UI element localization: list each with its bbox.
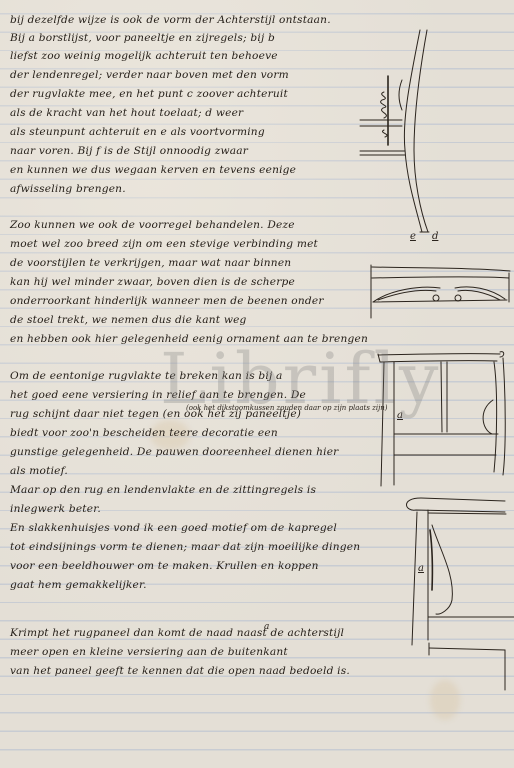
front-rail-sketch [371, 265, 510, 318]
sketch-label-a-corner: a [418, 563, 424, 574]
sketch-label-e: e [410, 231, 416, 242]
side-profile-sketch [360, 30, 429, 232]
notebook-page: bij dezelfde wijze is ook de vorm der Ac… [0, 0, 514, 768]
watermark: Librifly [160, 338, 441, 420]
sketch-label-d: d [432, 231, 438, 242]
corner-detail-sketch [407, 498, 514, 690]
